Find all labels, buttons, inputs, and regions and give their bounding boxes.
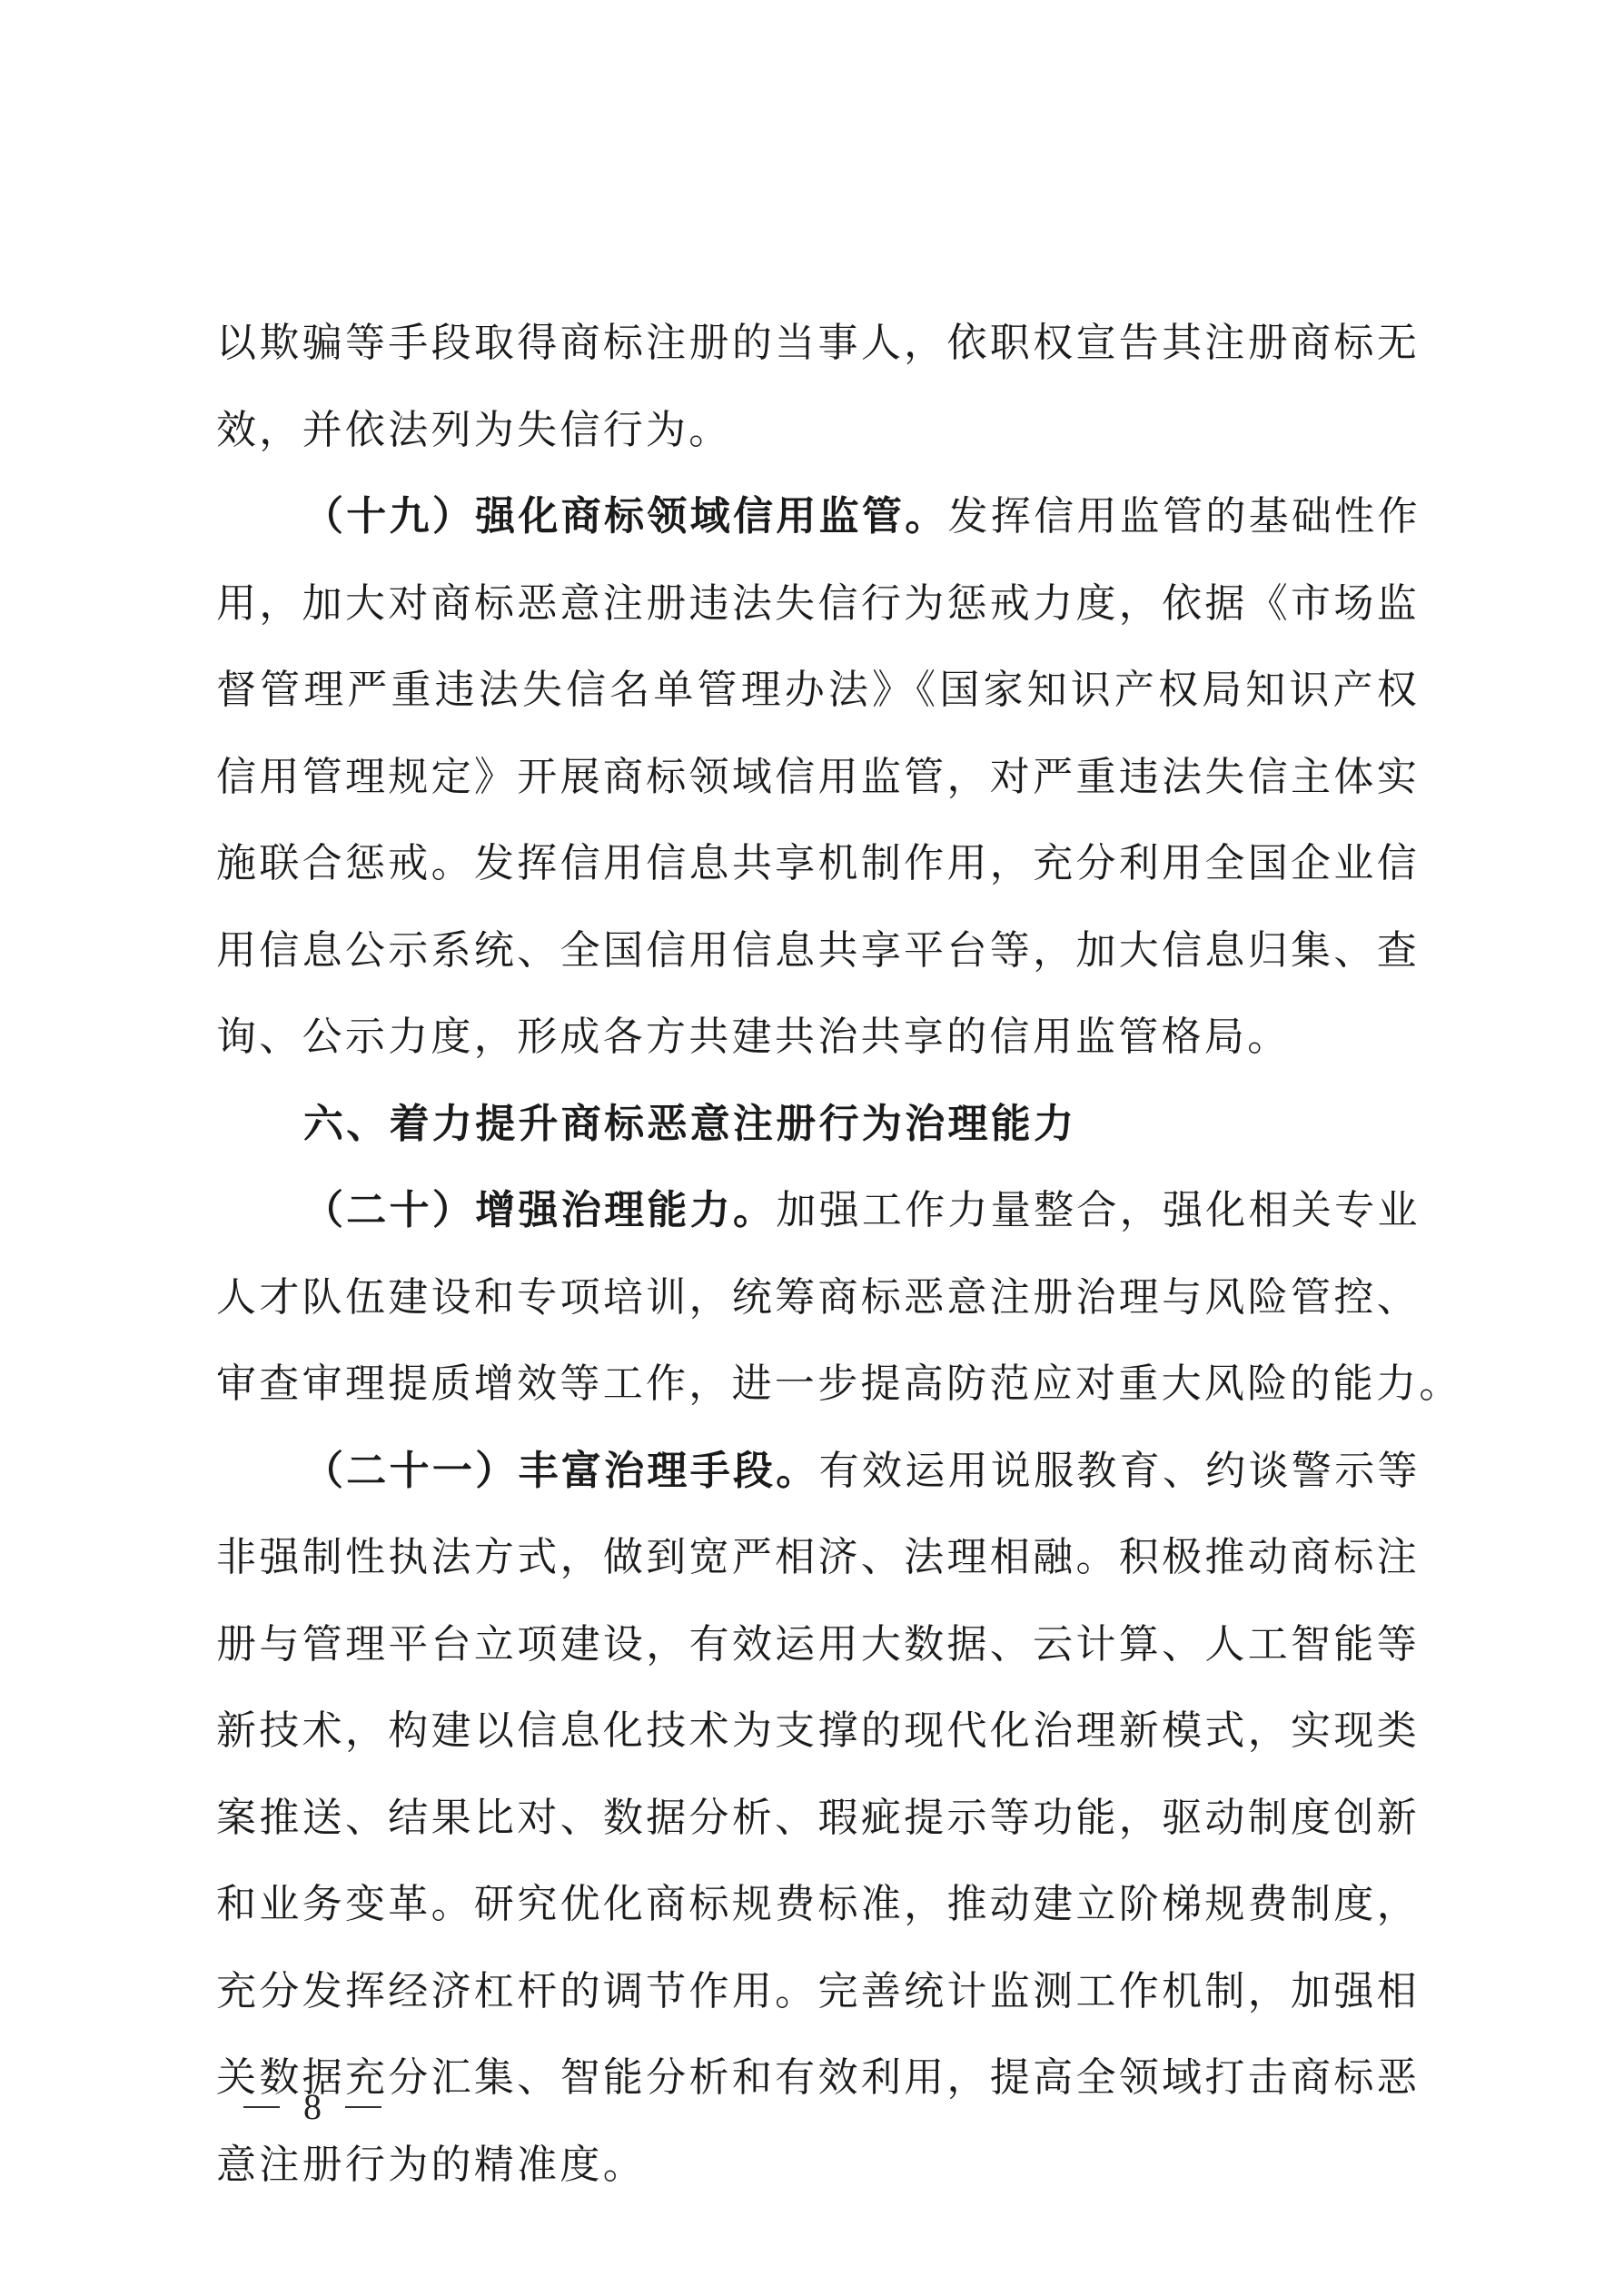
paragraph-line: 新技术，构建以信息化技术为支撑的现代化治理新模式，实现类 — [216, 1687, 1420, 1775]
page-number: 8 — [303, 2080, 322, 2134]
dash-left-icon — [243, 2106, 280, 2108]
paragraph-line: 关数据充分汇集、智能分析和有效利用，提高全领域打击商标恶 — [216, 2034, 1420, 2122]
paragraph-line: 询、公示力度，形成各方共建共治共享的信用监管格局。 — [216, 994, 1420, 1081]
page-footer: 8 — [243, 2080, 381, 2134]
paragraph-line: 人才队伍建设和专项培训，统筹商标恶意注册治理与风险管控、 — [216, 1254, 1420, 1341]
item-number: （二十一） — [303, 1448, 519, 1494]
paragraph-line: 非强制性执法方式，做到宽严相济、法理相融。积极推动商标注 — [216, 1514, 1420, 1601]
paragraph-line: 督管理严重违法失信名单管理办法》《国家知识产权局知识产权 — [216, 647, 1420, 734]
section-heading: 六、着力提升商标恶意注册行为治理能力 — [216, 1081, 1420, 1168]
item-heading-line: （十九）强化商标领域信用监管。发挥信用监管的基础性作 — [216, 473, 1420, 560]
item-text: 加强工作力量整合，强化相关专业 — [776, 1187, 1421, 1233]
paragraph-line: 以欺骗等手段取得商标注册的当事人，依职权宣告其注册商标无 — [216, 300, 1420, 387]
item-title: 增强治理能力。 — [475, 1187, 776, 1233]
paragraph-line: 充分发挥经济杠杆的调节作用。完善统计监测工作机制，加强相 — [216, 1948, 1420, 2035]
item-heading-line: （二十）增强治理能力。加强工作力量整合，强化相关专业 — [216, 1167, 1420, 1254]
item-title: 强化商标领域信用监管。 — [475, 493, 947, 539]
item-number: （十九） — [303, 493, 475, 539]
dash-right-icon — [345, 2106, 381, 2108]
item-text: 发挥信用监管的基础性作 — [948, 493, 1421, 539]
paragraph-line: 施联合惩戒。发挥信用信息共享机制作用，充分利用全国企业信 — [216, 820, 1420, 907]
paragraph-line: 用信息公示系统、全国信用信息共享平台等，加大信息归集、查 — [216, 907, 1420, 995]
paragraph-line: 案推送、结果比对、数据分析、瑕疵提示等功能，驱动制度创新 — [216, 1775, 1420, 1862]
paragraph-line: 信用管理规定》开展商标领域信用监管，对严重违法失信主体实 — [216, 734, 1420, 821]
item-number: （二十） — [303, 1187, 475, 1233]
item-text: 有效运用说服教育、约谈警示等 — [819, 1448, 1421, 1494]
paragraph-line: 和业务变革。研究优化商标规费标准，推动建立阶梯规费制度， — [216, 1861, 1420, 1948]
item-heading-line: （二十一）丰富治理手段。有效运用说服教育、约谈警示等 — [216, 1428, 1420, 1515]
item-title: 丰富治理手段。 — [519, 1448, 819, 1494]
paragraph-line: 册与管理平台立项建设，有效运用大数据、云计算、人工智能等 — [216, 1601, 1420, 1688]
paragraph-line: 用，加大对商标恶意注册违法失信行为惩戒力度，依据《市场监 — [216, 560, 1420, 648]
paragraph-line: 效，并依法列为失信行为。 — [216, 387, 1420, 474]
paragraph-line: 意注册行为的精准度。 — [216, 2122, 1420, 2209]
document-page: 以欺骗等手段取得商标注册的当事人，依职权宣告其注册商标无 效，并依法列为失信行为… — [216, 300, 1420, 2208]
paragraph-line: 审查审理提质增效等工作，进一步提高防范应对重大风险的能力。 — [216, 1341, 1420, 1428]
